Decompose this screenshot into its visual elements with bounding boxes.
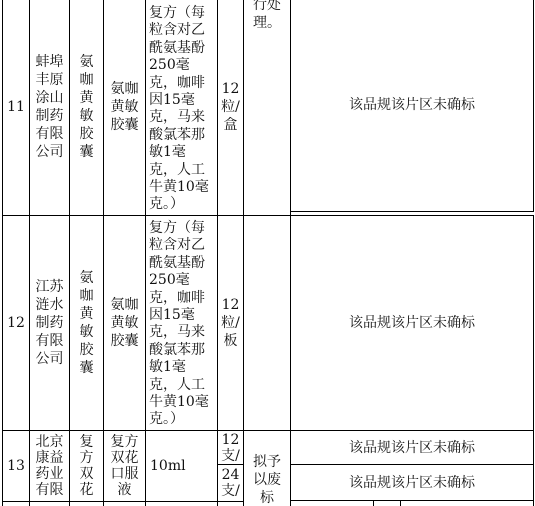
handling-text: 行处 理。 [253, 0, 281, 32]
product-name-cell: 氨 咖 黄 敏 胶 囊 [69, 0, 104, 216]
company-cell: 蚌埠 丰原 涂山 制药 有限 公司 [29, 0, 70, 216]
generic-name-cell: 复方 双花 口服 液 [103, 430, 146, 502]
remark-cell: 该品规该片区未确标 [290, 0, 534, 212]
next-row-number-cell [2, 501, 30, 506]
next-row-remark-cell-c [400, 500, 534, 506]
package-cell: 12 粒/ 盒 [217, 0, 244, 216]
row-number-cell: 12 [2, 215, 30, 431]
package-cell-sub1: 12 支/ [217, 430, 244, 465]
product-name-cell: 氨 咖 黄 敏 胶 囊 [69, 215, 104, 431]
handling-cell [243, 215, 291, 431]
spec-cell: 复方（每 粒含对乙 酰氨基酚 250毫 克，咖啡 因15毫 克，马来 酸氯苯那 … [145, 215, 218, 431]
next-row-package-cell [217, 501, 244, 506]
handling-cell: 行处 理。 [243, 0, 291, 216]
company-cell: 北京 康益 药业 有限 [29, 430, 70, 502]
remark-cell-sub2: 该品规该片区未确标 [290, 464, 534, 501]
remark-cell-sub1: 该品规该片区未确标 [290, 430, 534, 465]
generic-name-cell: 氨咖 黄敏 胶囊 [103, 0, 146, 216]
company-cell: 江苏 涟水 制药 有限 公司 [29, 215, 70, 431]
remark-cell: 该品规该片区未确标 [290, 215, 534, 431]
next-row-remark-cell-a [290, 500, 375, 506]
spec-cell: 10ml [145, 430, 218, 502]
next-row-generic-cell [103, 501, 146, 506]
row-number-cell: 13 [2, 430, 30, 502]
package-cell-sub2: 24 支/ [217, 464, 244, 502]
handling-cell: 拟予 以废 标 [243, 430, 291, 506]
product-name-cell: 复 方 双 花 [69, 430, 104, 502]
next-row-spec-cell [145, 501, 218, 506]
next-row-product-cell [69, 501, 104, 506]
results-table: 11 蚌埠 丰原 涂山 制药 有限 公司 氨 咖 黄 敏 胶 囊 氨咖 黄敏 胶… [0, 0, 535, 506]
next-row-remark-cell-b [373, 500, 402, 506]
row-number-cell: 11 [2, 0, 30, 216]
spec-cell: 复方（每 粒含对乙 酰氨基酚 250毫 克，咖啡 因15毫 克，马来 酸氯苯那 … [145, 0, 218, 216]
generic-name-cell: 氨咖 黄敏 胶囊 [103, 215, 146, 431]
next-row-company-cell [29, 501, 70, 506]
package-cell: 12 粒/ 板 [217, 215, 244, 431]
